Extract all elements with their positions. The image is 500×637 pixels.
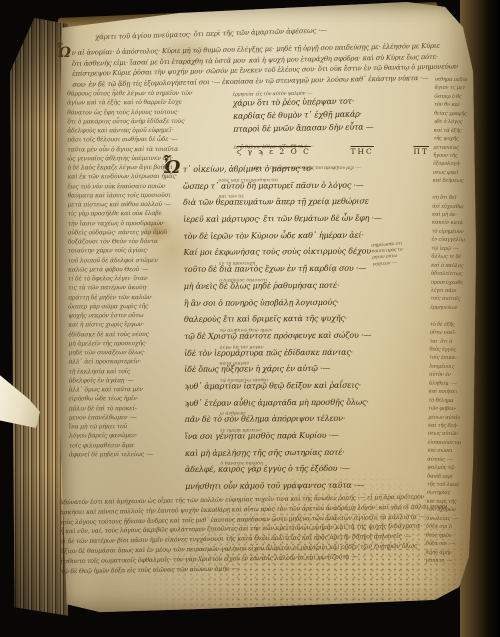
text-line: ἱερεῦ καὶ μάρτυρος· ἔτι τῶν θεμάτων δὲ ὧ… [183,210,437,228]
divider-title: ΤΗϹ [351,147,374,156]
text-line: καὶ μὴ ἀμελήσῃς τῆς σῆς σωτηρίας ποτέ· [185,444,439,462]
section-divider: ϛ γ ϡ ε 2 Ο Ϲ ΤΗϹ ΠΤ [237,147,429,156]
text-line: πταροὶ δὲ μνῶν ἅπασαν δὴν εὗτα — [233,120,435,136]
divider-left: ϛ γ ϡ ε 2 Ο Ϲ [237,147,311,156]
text-line: ἐν ἡμέρᾳ κρίσεως ἵνα σοι γένηται μισθὸς … [185,427,439,445]
text-line: τῷ ἀληθινῷ Θεῷ ἡμῶν τῷ δὲ Χριστῷ πάντοτε… [184,327,438,345]
text-line: ὁ διάβολος δηλονότι μὴ ἀνεὶς δὲ ὅλως μηδ… [184,277,438,295]
main-text-lower: τ᾽ οἰκείων, ἀϐρίμνει ὁ μάρτυς το· οὐδὲ γ… [183,160,439,496]
text-line: κατὰ μικρὸν ἰδὲ ὅπως ηὔξησεν ἡ χάρις ἐν … [184,360,438,378]
text-line: ἢ ἂν σοι ὁ πονηρὸς ὑποβάλῃ λογισμούς· [184,294,438,312]
text-line: τ᾽ οἰκείων, ἀϐρίμνει ὁ μάρτυς το· [183,160,437,178]
intro-block: ν αἱ ἀνομίαι· ὁ ἀπόστολος· Κύριε μὴ τῷ θ… [72,40,475,90]
bottom-commentary-block: ἀδύνατόν ἐστι καὶ ἀμήχανον ὡς οἶμαι τῆς … [59,492,474,577]
text-line: καὶ τῶν δὲ διὰ τῶν θεραπευμάτων ἅπερ τῇ … [183,193,437,211]
text-line: ὁ θάνατος δηλαδή ἀδελφέ, καιρὸς γὰρ ἐγγὺ… [185,460,439,478]
marginal-note-cluster: σημείωσαι ὅτιταῦτα πρὸς τὸῥητὸν οὕτωνοητ… [371,238,447,268]
text-line: ὦ ἄνθρωπε πᾶν δὲ τὸ σὸν θέλημα ἀπόρριψον… [185,410,439,428]
intro-initial-omega: Ὧ [56,45,71,61]
text-line: οὐδὲ γὰρ ἑτοιμασθήσεται ὥσπερ τ᾽ αὐτοῦ δ… [183,177,437,195]
text-line: ϡυθ᾽ ἑτέραν αὖθις ἁμαρτάδα μὴ προσθῇς ὅλ… [184,394,438,412]
main-text-upper: ἑρμηνεία· εἰς τὸν αὐτὸν ψαλμὸν ·—χάριν ὅ… [232,86,435,151]
text-line: θαλεροὺς ἔτι καὶ δριμεῖς κατὰ τῆς ψυχῆς· [184,310,438,328]
manuscript-photo: χάριτι τοῦ ἁγίου πνεύματος· ὅτι περὶ τῆς… [0,0,500,637]
text-line: τῷ δυναμένῳ ἰᾶσθαι ϡυθ᾽ ἁμαρτίαν ἰατρῷ θ… [184,377,438,395]
main-initial-omega: Ὦ [162,157,180,178]
divider-title-2: ΠΤ [413,147,429,156]
text-line: λέγω δὴ τὸν μέγαν ἰδὲ τὸν ἱερομάρτυρα πῶ… [184,344,438,362]
